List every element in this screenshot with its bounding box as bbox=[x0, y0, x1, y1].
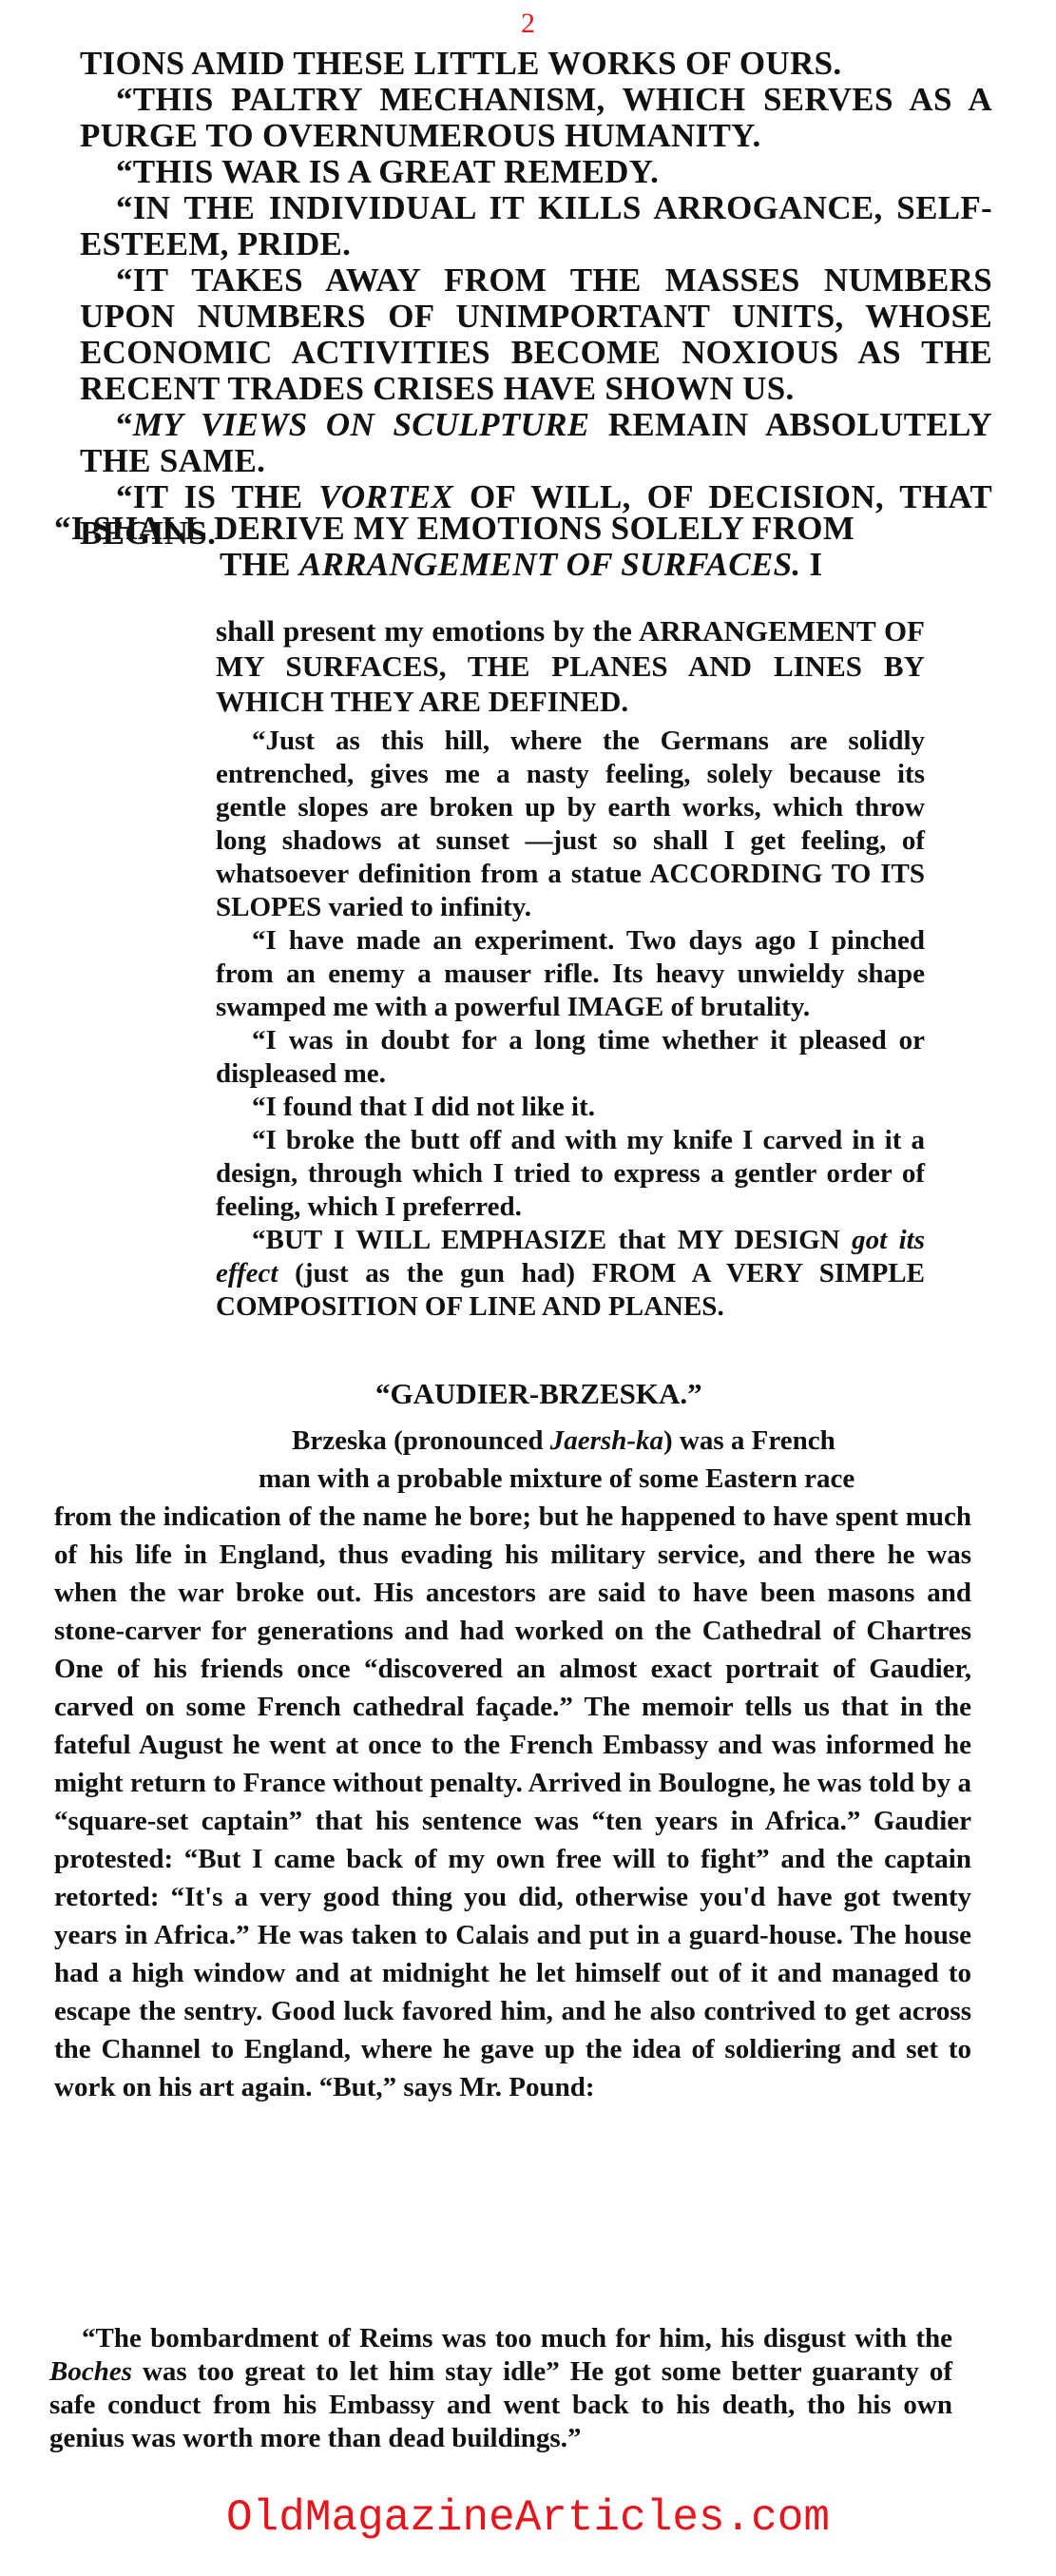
italic-phrase: ARRANGEMENT OF SURFACES. bbox=[299, 546, 801, 583]
narrative-line-1: Brzeska (pronounced Jaersh-ka) was a Fre… bbox=[292, 1422, 971, 1460]
derive-paragraph: “I SHALL DERIVE MY EMOTIONS SOLELY FROM … bbox=[54, 511, 929, 583]
manifesto-line: “IT TAKES AWAY FROM THE MASSES NUMBERS U… bbox=[80, 262, 992, 407]
derive-rest-text: shall present my emotions by the ARRANGE… bbox=[216, 613, 925, 719]
derive-continuation: THE ARRANGEMENT OF SURFACES. I bbox=[220, 547, 929, 583]
signature: “GAUDIER-BRZESKA.” bbox=[375, 1377, 702, 1411]
italic-phrase: Jaersh-ka bbox=[550, 1425, 663, 1456]
text-run: “BUT I WILL EMPHASIZE that MY DESIGN bbox=[252, 1225, 852, 1255]
text-run: ) was a French bbox=[663, 1425, 835, 1456]
letter-paragraph: “Just as this hill, where the Germans ar… bbox=[216, 725, 925, 924]
text-run: I bbox=[800, 546, 822, 583]
text-run: “The bombardment of Reims was too much f… bbox=[82, 2323, 952, 2353]
letter-paragraph: “I have made an experiment. Two days ago… bbox=[216, 924, 925, 1024]
italic-phrase: Boches bbox=[49, 2356, 132, 2387]
manifesto-line: “IN THE INDIVIDUAL IT KILLS ARROGANCE, S… bbox=[80, 190, 992, 262]
text-run: (just as the gun had) FROM A VERY SIMPLE… bbox=[216, 1258, 925, 1322]
narrative-line-2: man with a probable mixture of some East… bbox=[259, 1460, 971, 1498]
manifesto-line: “THIS PALTRY MECHANISM, WHICH SERVES AS … bbox=[80, 82, 992, 154]
pound-quote: “The bombardment of Reims was too much f… bbox=[49, 2322, 952, 2455]
letter-paragraph: “I found that I did not like it. bbox=[216, 1091, 925, 1124]
derive-rest: shall present my emotions by the ARRANGE… bbox=[216, 613, 925, 719]
text-run: THE bbox=[220, 546, 299, 583]
emphasize-paragraph: “BUT I WILL EMPHASIZE that MY DESIGN got… bbox=[216, 1224, 925, 1324]
manifesto-caps-block: TIONS AMID THESE LITTLE WORKS OF OURS. “… bbox=[80, 46, 992, 552]
quote-mark: “ bbox=[116, 406, 133, 443]
letter-paragraph: “I was in doubt for a long time whether … bbox=[216, 1024, 925, 1091]
text-run: was too great to let him stay idle” He g… bbox=[49, 2356, 952, 2453]
site-watermark-link[interactable]: OldMagazineArticles.com bbox=[0, 2493, 1056, 2543]
narrative-block: Brzeska (pronounced Jaersh-ka) was a Fre… bbox=[54, 1422, 971, 2106]
derive-first-line: “I SHALL DERIVE MY EMOTIONS SOLELY FROM bbox=[54, 511, 929, 547]
manifesto-line: “THIS WAR IS A GREAT REMEDY. bbox=[80, 154, 992, 190]
text-run: Brzeska (pronounced bbox=[292, 1425, 550, 1456]
italic-phrase: MY VIEWS ON SCULPTURE bbox=[133, 406, 590, 443]
narrative-body: from the indication of the name he bore;… bbox=[54, 1498, 971, 2106]
pound-quote-paragraph: “The bombardment of Reims was too much f… bbox=[49, 2322, 952, 2455]
page-number: 2 bbox=[0, 8, 1056, 40]
views-paragraph: “MY VIEWS ON SCULPTURE REMAIN ABSOLUTELY… bbox=[80, 407, 992, 479]
letter-block: “Just as this hill, where the Germans ar… bbox=[216, 725, 925, 1324]
letter-paragraph: “I broke the butt off and with my knife … bbox=[216, 1124, 925, 1224]
manifesto-line: TIONS AMID THESE LITTLE WORKS OF OURS. bbox=[80, 46, 992, 82]
